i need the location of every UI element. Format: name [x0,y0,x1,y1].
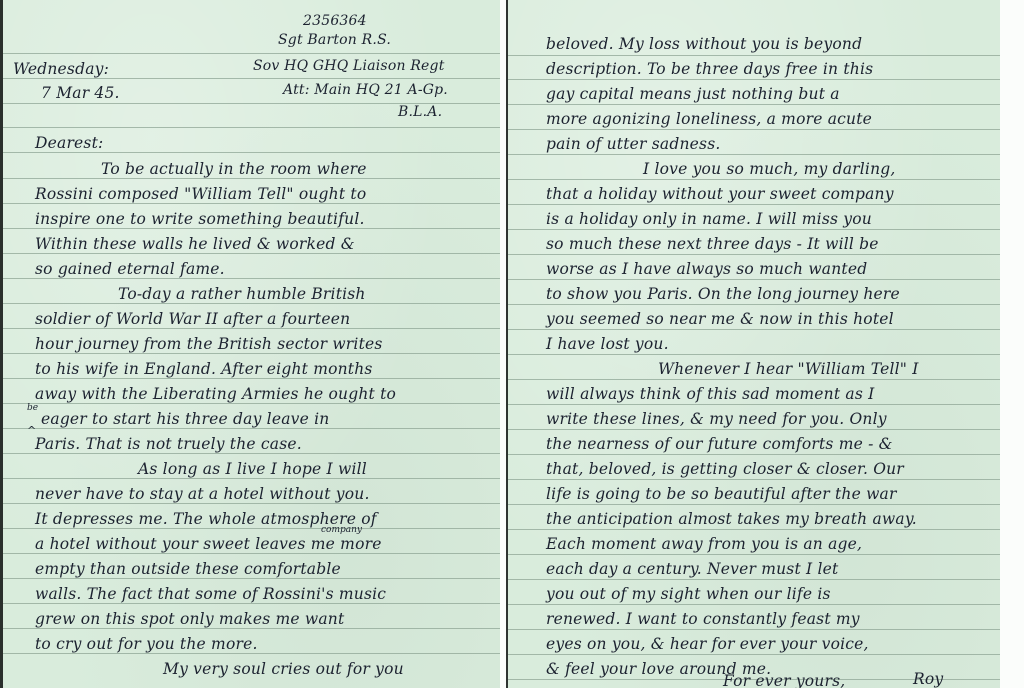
rule-line [508,104,1000,105]
letter-signoff: For ever yours, [723,672,845,688]
rule-line [508,329,1000,330]
letter-line: more agonizing loneliness, a more acute [546,110,872,128]
letter-line: Whenever I hear "William Tell" I [658,360,919,378]
letter-line: Within these walls he lived & worked & [35,235,355,253]
letter-line: a hotel without your sweet leaves me mor… [35,535,382,553]
rule-line [508,354,1000,355]
letter-line: hour journey from the British sector wri… [35,335,383,353]
letter-page-left: 2356364 Sgt Barton R.S. Sov HQ GHQ Liais… [0,0,500,688]
rule-line [3,528,500,529]
rule-line [508,179,1000,180]
letter-line: Paris. That is not truely the case. [35,435,302,453]
letter-line: eyes on you, & hear for ever your voice, [546,635,869,653]
salutation: Dearest: [35,134,103,152]
letter-line: eager to start his three day leave in [41,410,329,428]
rule-line [508,254,1000,255]
rule-line [3,303,500,304]
sender-attachment: Att: Main HQ 21 A-Gp. [283,82,448,98]
letter-line: life is going to be so beautiful after t… [546,485,897,503]
letter-line: to show you Paris. On the long journey h… [546,285,900,303]
rule-line [3,178,500,179]
letter-line: so gained eternal fame. [35,260,225,278]
insertion-company: company [321,525,362,535]
rule-line [508,529,1000,530]
letter-line: so much these next three days - It will … [546,235,879,253]
rule-line [3,328,500,329]
letter-line: to his wife in England. After eight mont… [35,360,373,378]
letter-signature: Roy [913,670,943,688]
rule-line [508,554,1000,555]
letter-line: I have lost you. [546,335,669,353]
rule-line [508,154,1000,155]
rule-line [3,478,500,479]
sender-force: B.L.A. [398,104,442,120]
scanned-letter: 2356364 Sgt Barton R.S. Sov HQ GHQ Liais… [0,0,1024,688]
rule-line [3,228,500,229]
rule-line [3,127,500,128]
letter-line: that a holiday without your sweet compan… [546,185,894,203]
service-number: 2356364 [303,13,367,29]
letter-line: will always think of this sad moment as … [546,385,874,403]
letter-line: write these lines, & my need for you. On… [546,410,887,428]
rule-line [3,278,500,279]
letter-line: My very soul cries out for you [163,660,404,678]
rule-line [508,379,1000,380]
letter-line: beloved. My loss without you is beyond [546,35,862,53]
rule-line [508,129,1000,130]
rule-line [3,378,500,379]
letter-line: renewed. I want to constantly feast my [546,610,860,628]
letter-line: walls. The fact that some of Rossini's m… [35,585,386,603]
letter-day: Wednesday: [13,60,109,78]
letter-line: empty than outside these comfortable [35,560,341,578]
rule-line [508,404,1000,405]
rule-line [508,629,1000,630]
letter-line: I love you so much, my darling, [643,160,896,178]
letter-line: that, beloved, is getting closer & close… [546,460,904,478]
rule-line [508,479,1000,480]
sender-rank-name: Sgt Barton R.S. [278,32,391,48]
letter-line: the nearness of our future comforts me -… [546,435,893,453]
sender-unit: Sov HQ GHQ Liaison Regt [253,58,445,74]
rule-line [508,579,1000,580]
rule-line [508,79,1000,80]
letter-line: Rossini composed "William Tell" ought to [35,185,366,203]
letter-line: each day a century. Never must I let [546,560,838,578]
letter-line: is a holiday only in name. I will miss y… [546,210,872,228]
letter-line: you seemed so near me & now in this hote… [546,310,894,328]
rule-line [508,604,1000,605]
rule-line [3,578,500,579]
letter-line: To-day a rather humble British [118,285,366,303]
rule-line [3,628,500,629]
letter-date: 7 Mar 45. [41,84,120,102]
rule-line [508,654,1000,655]
letter-line: soldier of World War II after a fourteen [35,310,350,328]
rule-line [508,454,1000,455]
letter-line: never have to stay at a hotel without yo… [35,485,370,503]
letter-line: grew on this spot only makes me want [35,610,344,628]
rule-line [508,504,1000,505]
rule-line [508,304,1000,305]
rule-line [508,204,1000,205]
rule-line [3,653,500,654]
letter-line: inspire one to write something beautiful… [35,210,365,228]
rule-line [508,55,1000,56]
rule-line [3,553,500,554]
rule-line [3,53,500,54]
letter-line: To be actually in the room where [101,160,367,178]
letter-line: away with the Liberating Armies he ought… [35,385,396,403]
letter-line: pain of utter sadness. [546,135,720,153]
rule-line [3,203,500,204]
rule-line [3,78,500,79]
letter-line: to cry out for you the more. [35,635,258,653]
rule-line [3,453,500,454]
letter-line: description. To be three days free in th… [546,60,873,78]
rule-line [3,353,500,354]
rule-line [3,428,500,429]
letter-line: the anticipation almost takes my breath … [546,510,917,528]
rule-line [3,253,500,254]
letter-line: worse as I have always so much wanted [546,260,867,278]
insertion-be: be [27,403,38,413]
rule-line [3,603,500,604]
rule-line [3,152,500,153]
rule-line [508,279,1000,280]
letter-line: Each moment away from you is an age, [546,535,862,553]
letter-line: As long as I live I hope I will [138,460,367,478]
rule-line [508,429,1000,430]
letter-line: gay capital means just nothing but a [546,85,840,103]
letter-line: you out of my sight when our life is [546,585,831,603]
rule-line [3,503,500,504]
letter-page-right: beloved. My loss without you is beyond d… [506,0,1000,688]
rule-line [508,229,1000,230]
rule-line [3,403,500,404]
